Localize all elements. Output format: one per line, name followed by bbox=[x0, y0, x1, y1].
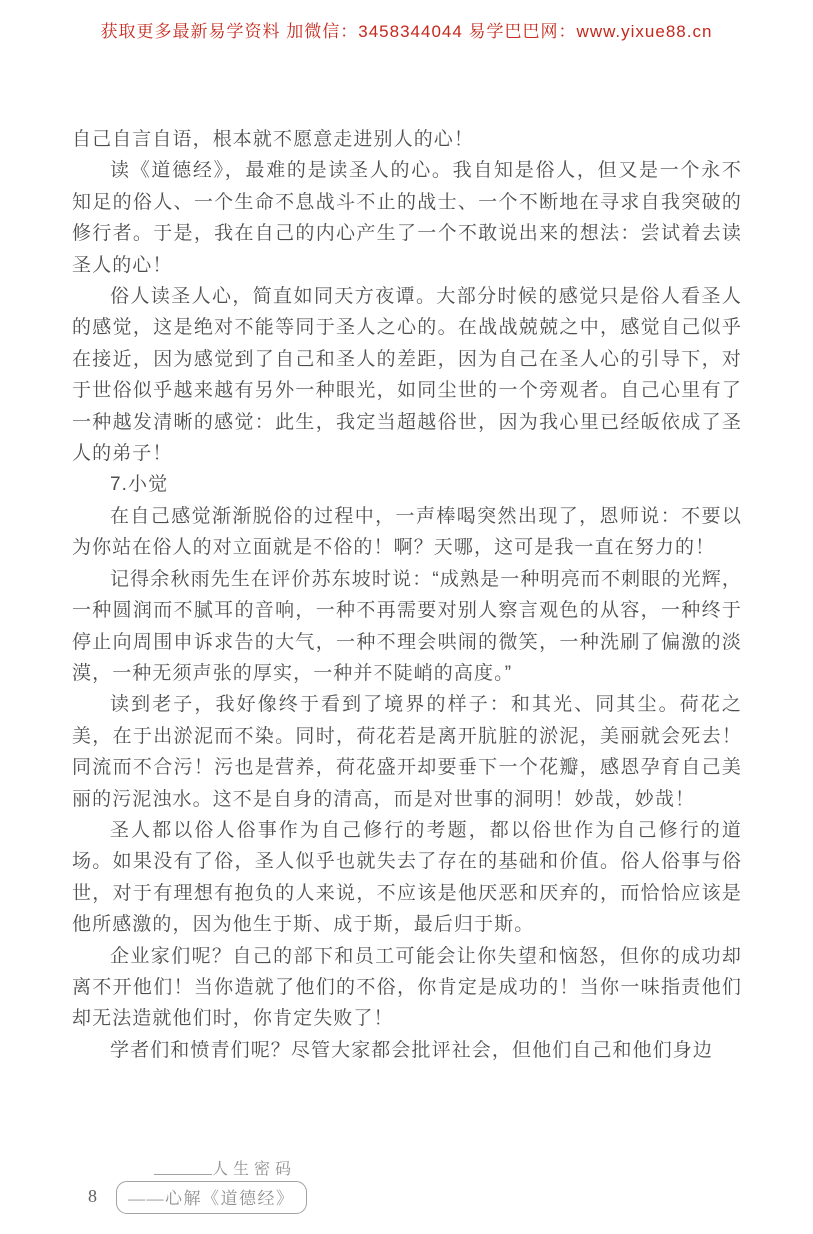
paragraph: 俗人读圣人心，简直如同天方夜谭。大部分时候的感觉只是俗人看圣人的感觉，这是绝对不… bbox=[72, 281, 742, 469]
book-logo-top: 人生密码 bbox=[154, 1160, 307, 1180]
page-number: 8 bbox=[88, 1186, 97, 1207]
paragraph: 在自己感觉渐渐脱俗的过程中，一声棒喝突然出现了，恩师说：不要以为你站在俗人的对立… bbox=[72, 501, 742, 564]
section-heading: 7.小觉 bbox=[72, 469, 742, 500]
book-logo: 人生密码 ——心解《道德经》 bbox=[116, 1160, 307, 1214]
paragraph: 读《道德经》，最难的是读圣人的心。我自知是俗人，但又是一个永不知足的俗人、一个生… bbox=[72, 155, 742, 281]
paragraph: 企业家们呢？自己的部下和员工可能会让你失望和恼怒，但你的成功却离不开他们！当你造… bbox=[72, 941, 742, 1035]
paragraph: 读到老子，我好像终于看到了境界的样子：和其光、同其尘。荷花之美，在于出淤泥而不染… bbox=[72, 689, 742, 815]
paragraph: 学者们和愤青们呢？尽管大家都会批评社会，但他们自己和他们身边 bbox=[72, 1035, 742, 1066]
paragraph: 记得余秋雨先生在评价苏东坡时说：“成熟是一种明亮而不刺眼的光辉，一种圆润而不腻耳… bbox=[72, 564, 742, 690]
paragraph: 圣人都以俗人俗事作为自己修行的考题，都以俗世作为自己修行的道场。如果没有了俗，圣… bbox=[72, 815, 742, 941]
logo-rule bbox=[154, 1174, 212, 1175]
book-title: ——心解《道德经》 bbox=[116, 1181, 307, 1214]
promo-header: 获取更多最新易学资料 加微信：3458344044 易学巴巴网：www.yixu… bbox=[0, 17, 813, 42]
paragraph-continuation: 自己自言自语，根本就不愿意走进别人的心！ bbox=[72, 124, 742, 155]
page-body: 自己自言自语，根本就不愿意走进别人的心！ 读《道德经》，最难的是读圣人的心。我自… bbox=[72, 124, 742, 1066]
series-title: 人生密码 bbox=[212, 1160, 296, 1180]
